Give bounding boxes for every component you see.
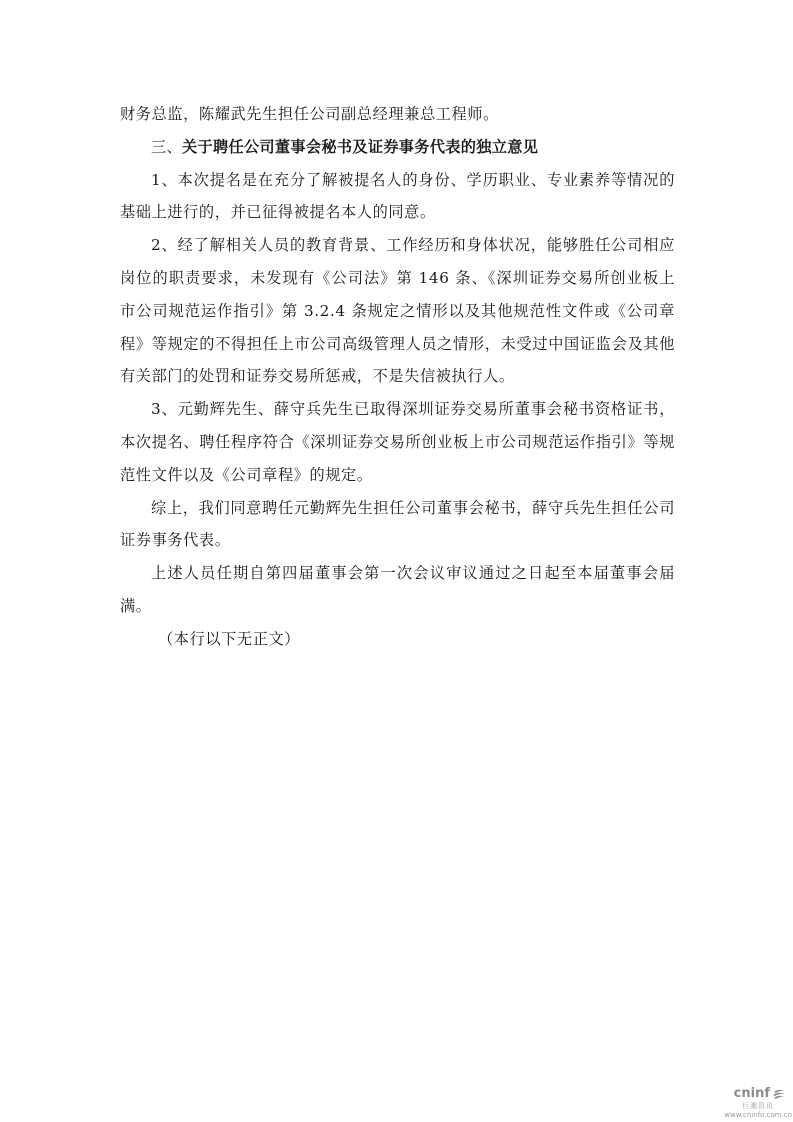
end-note: （本行以下无正文） [120,623,675,656]
brand-url: www.cninfo.com.cn [712,1111,792,1119]
section-title: 关于聘任公司董事会秘书及证券事务代表的独立意见 [182,138,538,156]
section-heading: 三、关于聘任公司董事会秘书及证券事务代表的独立意见 [120,131,675,164]
paragraph-1: 1、本次提名是在充分了解被提名人的身份、学历职业、专业素养等情况的基础上进行的，… [120,164,675,230]
continuation-line: 财务总监，陈耀武先生担任公司副总经理兼总工程师。 [120,98,675,131]
paragraph-term: 上述人员任期自第四届董事会第一次会议审议通过之日起至本届董事会届满。 [120,557,675,623]
paragraph-3: 3、元勤辉先生、薛守兵先生已取得深圳证券交易所董事会秘书资格证书，本次提名、聘任… [120,393,675,491]
paragraph-2: 2、经了解相关人员的教育背景、工作经历和身体状况，能够胜任公司相应岗位的职责要求… [120,229,675,393]
section-number: 三、 [151,138,182,156]
cninfo-logo: cninf [734,1086,786,1101]
brand-chinese: 巨潮资讯 [712,1101,774,1111]
cninfo-swirl-icon [772,1088,786,1100]
brand-text: cninf [734,1086,770,1101]
document-page: 财务总监，陈耀武先生担任公司副总经理兼总工程师。 三、关于聘任公司董事会秘书及证… [120,98,675,656]
cninfo-watermark: cninf 巨潮资讯 www.cninfo.com.cn [712,1082,792,1119]
paragraph-summary: 综上，我们同意聘任元勤辉先生担任公司董事会秘书，薛守兵先生担任公司证券事务代表。 [120,492,675,558]
